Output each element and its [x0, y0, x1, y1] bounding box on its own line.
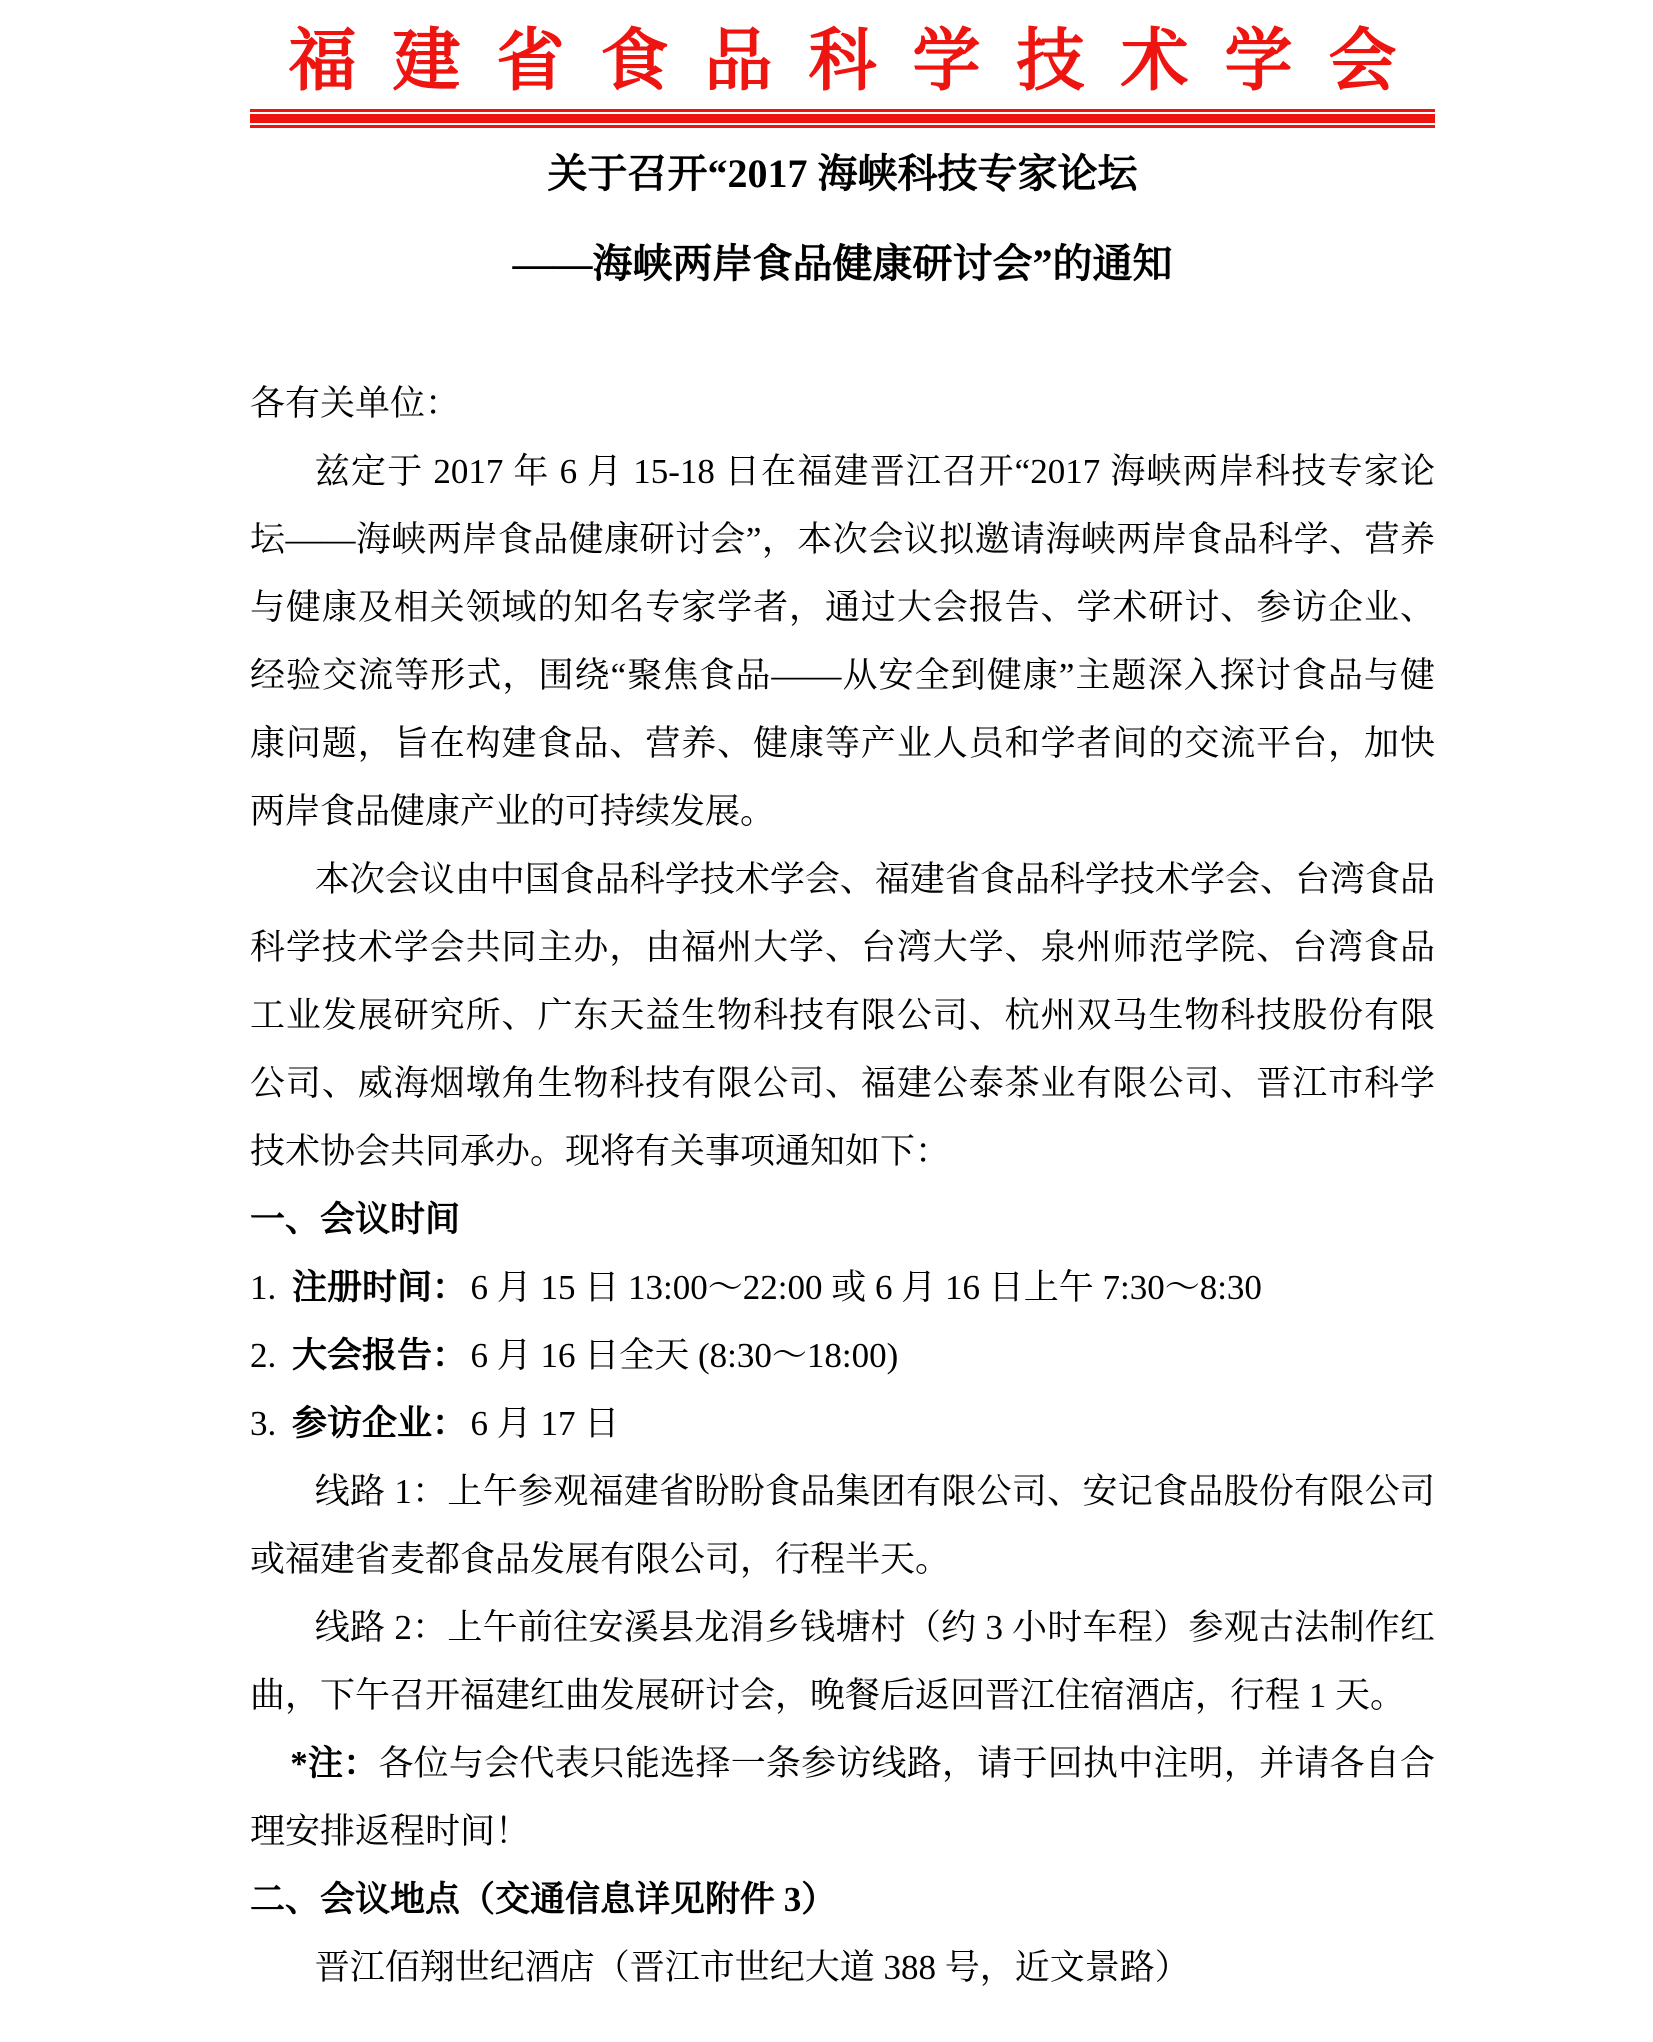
route-1-paragraph: 线路 1：上午参观福建省盼盼食品集团有限公司、安记食品股份有限公司或福建省麦都食…	[250, 1458, 1435, 1594]
agenda-item-1-label: 注册时间：	[292, 1268, 467, 1307]
document-title-line-1: 关于召开“2017 海峡科技专家论坛	[250, 150, 1435, 198]
agenda-item-registration: 1.注册时间：6 月 15 日 13:00～22:00 或 6 月 16 日上午…	[250, 1254, 1435, 1322]
note-paragraph: *注：各位与会代表只能选择一条参访线路，请于回执中注明，并请各自合理安排返程时间…	[250, 1730, 1435, 1866]
agenda-item-visits: 3.参访企业：6 月 17 日	[250, 1390, 1435, 1458]
agenda-item-plenary: 2.大会报告：6 月 16 日全天 (8:30～18:00)	[250, 1322, 1435, 1390]
agenda-item-1-text: 6 月 15 日 13:00～22:00 或 6 月 16 日上午 7:30～8…	[471, 1268, 1262, 1307]
section-2-heading: 二、会议地点（交通信息详见附件 3）	[250, 1866, 1435, 1934]
organizers-paragraph: 本次会议由中国食品科学技术学会、福建省食品科学技术学会、台湾食品科学技术学会共同…	[250, 846, 1435, 1186]
divider-thin-line-top	[250, 109, 1435, 112]
note-text: 各位与会代表只能选择一条参访线路，请于回执中注明，并请各自合理安排返程时间！	[250, 1744, 1435, 1851]
section-1-heading: 一、会议时间	[250, 1186, 1435, 1254]
agenda-item-3-number: 3.	[250, 1404, 276, 1443]
venue-paragraph: 晋江佰翔世纪酒店（晋江市世纪大道 388 号，近文景路）	[250, 1934, 1435, 2002]
divider-thin-line-bottom	[250, 125, 1435, 128]
agenda-item-2-text: 6 月 16 日全天 (8:30～18:00)	[471, 1336, 899, 1375]
agenda-item-2-label: 大会报告：	[292, 1336, 467, 1375]
notice-document: 福建省食品科学技术学会 关于召开“2017 海峡科技专家论坛 ——海峡两岸食品健…	[0, 0, 1653, 2042]
document-body: 各有关单位： 兹定于 2017 年 6 月 15-18 日在福建晋江召开“201…	[250, 370, 1435, 2002]
route-2-paragraph: 线路 2：上午前往安溪县龙涓乡钱塘村（约 3 小时车程）参观古法制作红曲，下午召…	[250, 1594, 1435, 1730]
agenda-item-3-text: 6 月 17 日	[471, 1404, 620, 1443]
note-label: *注：	[290, 1744, 378, 1783]
agenda-item-2-number: 2.	[250, 1336, 276, 1375]
letterhead-org-name: 福建省食品科学技术学会	[250, 0, 1435, 96]
letterhead-divider	[250, 109, 1435, 128]
agenda-item-1-number: 1.	[250, 1268, 276, 1307]
document-title-line-2: ——海峡两岸食品健康研讨会”的通知	[250, 240, 1435, 288]
divider-thick-line	[250, 114, 1435, 123]
salutation: 各有关单位：	[250, 370, 1435, 438]
document-title: 关于召开“2017 海峡科技专家论坛 ——海峡两岸食品健康研讨会”的通知	[250, 150, 1435, 288]
intro-paragraph: 兹定于 2017 年 6 月 15-18 日在福建晋江召开“2017 海峡两岸科…	[250, 438, 1435, 846]
agenda-item-3-label: 参访企业：	[292, 1404, 467, 1443]
